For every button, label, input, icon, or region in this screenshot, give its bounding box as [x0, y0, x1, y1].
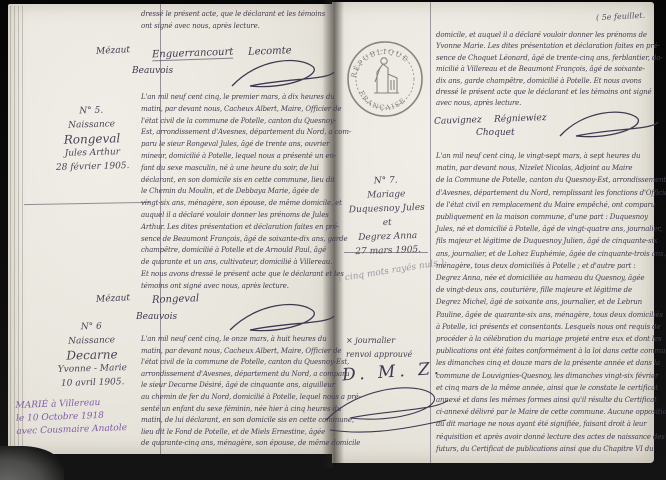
handwriting-line: le sieur Decarne Désiré, âgé de cinquant…: [141, 380, 333, 392]
handwriting-line: l'état civil de la commune de Potelle, c…: [141, 116, 333, 128]
renvoi-approval-note: × journalier renvoi approuvé: [346, 334, 412, 362]
handwriting-line: fils majeur et légitime de Duquesnoy Jul…: [436, 235, 660, 247]
handwriting-line: de l'état civil en remplacement du Maire…: [436, 199, 660, 211]
handwriting-line: à Potelle, ici présents et consentants. …: [436, 321, 660, 333]
handwriting-line: commune de Louvignies-Quesnoy, les diman…: [436, 370, 660, 382]
handwriting-line: publiquement en la maison commune, d'une…: [436, 211, 660, 223]
handwriting-line: déclarant, en son domicile sis en cette …: [141, 175, 333, 187]
signature: Cauvignez: [434, 115, 482, 127]
signature: Régniewiez: [494, 113, 547, 125]
acte-names: Duquesnoy Jules: [344, 201, 430, 218]
handwriting-line: matin, de lui déclarant, en son domicile…: [141, 415, 333, 427]
signature: Mézaut: [96, 45, 131, 57]
acte-naissance-6-text: L'an mil neuf cent cinq, le onze mars, à…: [141, 334, 333, 450]
handwriting-line: auquel il a déclaré vouloir donner les p…: [141, 210, 333, 222]
handwriting-line: L'an mil neuf cent cinq, le onze mars, à…: [141, 334, 333, 346]
signature-paraph: [556, 108, 660, 146]
handwriting-line: L'an mil neuf cent cinq, le vingt-sept m…: [436, 150, 660, 162]
handwriting-line: ans, journalier, et de Lohez Euphémie, â…: [436, 248, 660, 260]
signature: Choquet: [476, 128, 515, 138]
handwriting-line: de quarante et un ans, cultivateur, domi…: [141, 257, 333, 269]
handwriting-line: Jules, né et domicilié à Potelle, âgé de…: [436, 223, 660, 235]
handwriting-line: Yvonne Marie. Les dites présentation et …: [436, 41, 658, 52]
handwriting-line: annexé et dans les mêmes formes ainsi qu…: [436, 394, 660, 406]
handwriting-line: d'Avesnes, département du Nord, rempliss…: [436, 187, 660, 199]
handwriting-line: matin, par devant nous, Cacheux Albert, …: [141, 346, 333, 358]
signature: Beauvois: [132, 66, 173, 76]
handwriting-line: micilié à Villereau et de Beaumont Franç…: [436, 64, 658, 75]
handwriting-line: au chemin de fer du Nord, domicilié à Po…: [141, 392, 333, 404]
margin-note-naissance-5: N° 5. Naissance Rongeval Jules Arthur 28…: [33, 102, 151, 175]
handwriting-line: Arthur. Les dites présentation et déclar…: [141, 222, 333, 234]
handwriting-line: Degrez Anna, née et domiciliée au hameau…: [436, 272, 660, 284]
margin-underline: [344, 252, 428, 253]
handwriting-line: champêtre, domicilié à Potelle et de Arn…: [141, 245, 333, 257]
handwriting-line: de quarante-cinq ans, ménagère, son épou…: [141, 438, 333, 450]
signature: Rongeval: [152, 293, 199, 306]
approval-paraph: [320, 380, 450, 436]
handwriting-line: ménagère, tous deux domiciliés à Potelle…: [436, 260, 660, 272]
handwriting-line: le Chemin du Moulin, et de Debbaya Marie…: [141, 186, 333, 198]
handwriting-line: senté un enfant du sexe féminin, née hie…: [141, 404, 333, 416]
handwriting-line: Pauline, âgée de quarante-six ans, ménag…: [436, 309, 660, 321]
acte-naissance-5-text: L'an mil neuf cent cinq, le premier mars…: [141, 92, 333, 293]
handwriting-line: ci-annexé délivré par le Maire de cette …: [436, 406, 660, 418]
republique-francaise-seal-icon: RÉPUBLIQUE FRANÇAISE: [344, 38, 426, 120]
signature: Mézaut: [96, 293, 131, 305]
margin-note-naissance-6: N° 6 Naissance Decarne Yvonne - Marie 10…: [33, 318, 151, 391]
handwriting-line: L'an mil neuf cent cinq, le premier mars…: [141, 92, 333, 104]
marriage-mention-stamp: MARIÉ à Villereau le 10 Octobre 1918 ave…: [15, 396, 127, 439]
handwriting-line: dressé le présent acte que le déclarant …: [436, 87, 658, 98]
handwriting-line: vingt-six ans, ménagère, son épouse, de …: [141, 198, 333, 210]
handwriting-line: domicile, et auquel il a déclaré vouloir…: [436, 30, 658, 41]
handwriting-line: lieu dit le Fond de Potelle, et de Miels…: [141, 427, 333, 439]
handwriting-line: publications ont été faites conformément…: [436, 345, 660, 357]
handwriting-line: futurs, du Certificat de publications ai…: [436, 443, 660, 455]
handwriting-line: dressé le présent acte, que le déclarant…: [141, 8, 333, 20]
handwriting-line: témoins ont signé avec nous, après lectu…: [141, 281, 333, 293]
handwriting-line: fant du sexe masculin, né à une heure du…: [141, 163, 333, 175]
handwriting-line: Degrez Michel, âgé de soixante ans, jour…: [436, 296, 660, 308]
book-edge-lines: [10, 6, 26, 452]
handwriting-line: Et nous avons dressé le présent acte que…: [141, 269, 333, 281]
acte-mariage-7-text: L'an mil neuf cent cinq, le vingt-sept m…: [436, 150, 660, 455]
acte-date: 27 mars 1905.: [345, 242, 431, 259]
handwriting-line: l'état civil de la commune de Potelle, c…: [141, 357, 333, 369]
signature-paraph: [228, 56, 336, 96]
handwriting-line: dix ans, garde champêtre, domicilié à Po…: [436, 76, 658, 87]
acte-closing-text: domicile, et auquel il a déclaré vouloir…: [436, 30, 658, 110]
renvoi-line: × journalier: [346, 334, 412, 348]
handwriting-line: les dimanches cinq et douze mars de la p…: [436, 357, 660, 369]
handwriting-line: sence de Beaumont François, âgé de soixa…: [141, 234, 333, 246]
handwriting-line: au dit mariage ne nous ayant été signifi…: [436, 418, 660, 430]
handwriting-line: paru le sieur Rongeval Jules, âgé de tre…: [141, 139, 333, 151]
handwriting-line: matin, par devant nous, Cacheux Albert, …: [141, 104, 333, 116]
handwriting-line: et cinq mars de la même année, ainsi que…: [436, 382, 660, 394]
handwriting-line: de vingt-deux ans, couturière, fille maj…: [436, 284, 660, 296]
previous-acte-closing-text: dressé le présent acte, que le déclarant…: [141, 8, 333, 32]
handwriting-line: Est, arrondissement d'Avesnes, départeme…: [141, 127, 333, 139]
handwriting-line: ont signé avec nous, après lecture.: [141, 20, 333, 32]
register-scan: dressé le présent acte, que le déclarant…: [0, 0, 666, 480]
handwriting-line: de la Commune de Potelle, canton du Ques…: [436, 174, 660, 186]
handwriting-line: matin, par devant nous, Nizelet Nicolas,…: [436, 162, 660, 174]
margin-note-mariage-7: N° 7. Mariage Duquesnoy Jules et Degrez …: [343, 173, 432, 260]
handwriting-line: réquisition et après avoir donné lecture…: [436, 431, 660, 443]
handwriting-line: procéder à la célébration du mariage pro…: [436, 333, 660, 345]
renvoi-line: renvoi approuvé: [346, 348, 412, 362]
seated-marianne-figure: [374, 58, 399, 93]
handwriting-line: arrondissement d'Avesnes, département du…: [141, 369, 333, 381]
handwriting-line: sence de Choquet Léonard, âgé de trente-…: [436, 53, 658, 64]
handwriting-line: mineur, domicilié à Potelle, lequel nous…: [141, 151, 333, 163]
